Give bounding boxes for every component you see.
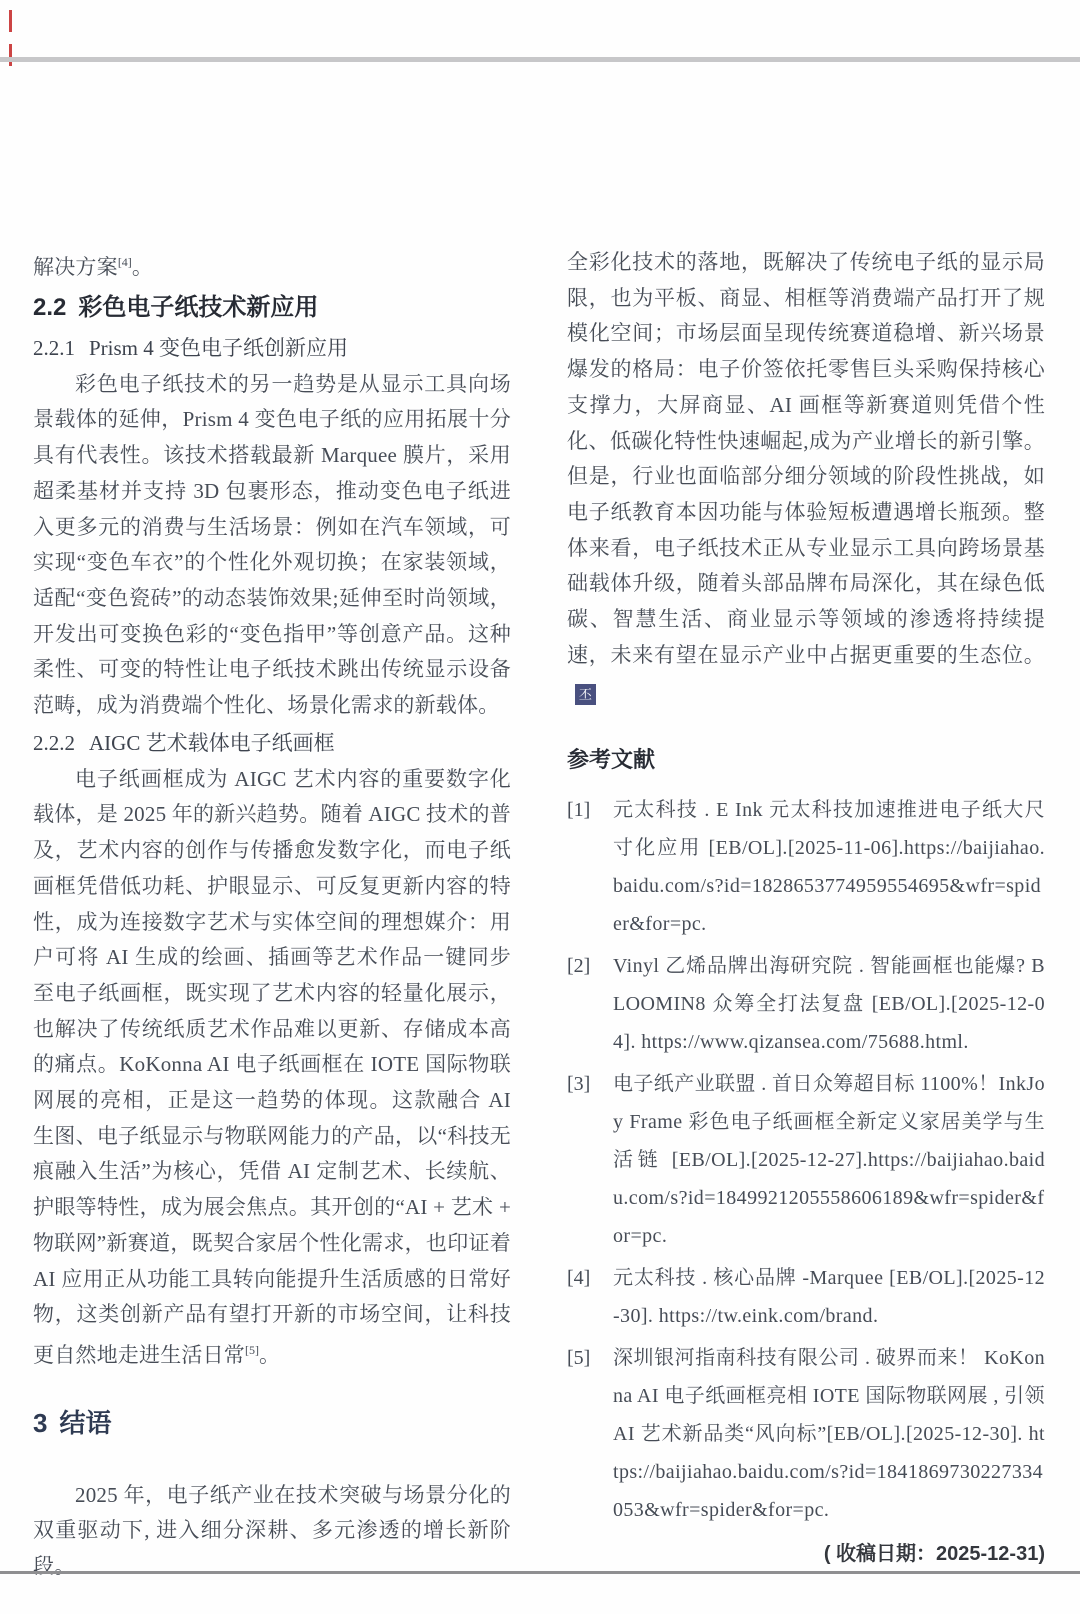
- section-title: AIGC 艺术载体电子纸画框: [89, 731, 335, 755]
- intro-text: 解决方案: [33, 255, 118, 279]
- references-heading: 参考文献: [567, 745, 1045, 775]
- received-date: ( 收稿日期：2025-12-31): [567, 1537, 1045, 1566]
- heading-section-3: 3结语: [33, 1404, 511, 1442]
- paragraph-text: 电子纸画框成为 AIGC 艺术内容的重要数字化载体，是 2025 年的新兴趋势。…: [33, 767, 511, 1367]
- reference-number: [2]: [567, 947, 613, 1061]
- top-rule: [0, 57, 1080, 62]
- reference-item: [3] 电子纸产业联盟 . 首日众筹超目标 1100%！InkJoy Frame…: [567, 1065, 1045, 1255]
- section-title: 结语: [59, 1408, 111, 1438]
- bottom-rule: [0, 1571, 1080, 1574]
- heading-section-2-2-1: 2.2.1Prism 4 变色电子纸创新应用: [33, 330, 511, 366]
- document-page: 解决方案[4]。 2.2彩色电子纸技术新应用 2.2.1Prism 4 变色电子…: [0, 0, 1080, 1614]
- intro-period: 。: [132, 255, 153, 279]
- paragraph-intro-end: 解决方案[4]。: [33, 245, 511, 286]
- paragraph-text: 全彩化技术的落地，既解决了传统电子纸的显示局限，也为平板、商显、相框等消费端产品…: [567, 250, 1045, 667]
- section-number: 2.2: [33, 294, 66, 321]
- reference-text: 电子纸产业联盟 . 首日众筹超目标 1100%！InkJoy Frame 彩色电…: [613, 1065, 1045, 1255]
- paragraph-2-2-1: 彩色电子纸技术的另一趋势是从显示工具向场景载体的延伸，Prism 4 变色电子纸…: [33, 367, 511, 724]
- end-of-article-mark: 丕: [575, 684, 596, 705]
- citation-ref-5: [5]: [245, 1343, 259, 1357]
- reference-text: 深圳银河指南科技有限公司 . 破界而来！ KoKonna AI 电子纸画框亮相 …: [613, 1339, 1045, 1529]
- left-column: 解决方案[4]。 2.2彩色电子纸技术新应用 2.2.1Prism 4 变色电子…: [33, 245, 511, 1585]
- reference-item: [1] 元太科技 . E Ink 元太科技加速推进电子纸大尺寸化应用 [EB/O…: [567, 791, 1045, 943]
- reference-item: [5] 深圳银河指南科技有限公司 . 破界而来！ KoKonna AI 电子纸画…: [567, 1339, 1045, 1529]
- red-edge-mark: [9, 44, 12, 66]
- reference-number: [5]: [567, 1339, 613, 1529]
- red-edge-mark: [9, 10, 12, 32]
- reference-number: [1]: [567, 791, 613, 943]
- reference-number: [4]: [567, 1259, 613, 1335]
- section-number: 2.2.2: [33, 731, 75, 755]
- reference-number: [3]: [567, 1065, 613, 1255]
- section-title: 彩色电子纸技术新应用: [78, 294, 318, 321]
- right-column: 全彩化技术的落地，既解决了传统电子纸的显示局限，也为平板、商显、相框等消费端产品…: [567, 245, 1045, 1566]
- paragraph-conclusion: 2025 年，电子纸产业在技术突破与场景分化的双重驱动下, 进入细分深耕、多元渗…: [33, 1478, 511, 1585]
- paragraph-period: 。: [259, 1343, 280, 1367]
- paragraph-2-2-2: 电子纸画框成为 AIGC 艺术内容的重要数字化载体，是 2025 年的新兴趋势。…: [33, 762, 511, 1374]
- citation-ref-4: [4]: [118, 255, 132, 269]
- heading-section-2-2: 2.2彩色电子纸技术新应用: [33, 289, 511, 327]
- heading-section-2-2-2: 2.2.2AIGC 艺术载体电子纸画框: [33, 725, 511, 761]
- reference-item: [4] 元太科技 . 核心品牌 -Marquee [EB/OL].[2025-1…: [567, 1259, 1045, 1335]
- paragraph-continuation: 全彩化技术的落地，既解决了传统电子纸的显示局限，也为平板、商显、相框等消费端产品…: [567, 245, 1045, 709]
- section-title: Prism 4 变色电子纸创新应用: [89, 336, 348, 360]
- section-number: 2.2.1: [33, 336, 75, 360]
- reference-text: Vinyl 乙烯品牌出海研究院 . 智能画框也能爆? BLOOMIN8 众筹全打…: [613, 947, 1045, 1061]
- reference-item: [2] Vinyl 乙烯品牌出海研究院 . 智能画框也能爆? BLOOMIN8 …: [567, 947, 1045, 1061]
- section-number: 3: [33, 1408, 47, 1438]
- reference-text: 元太科技 . 核心品牌 -Marquee [EB/OL].[2025-12-30…: [613, 1259, 1045, 1335]
- reference-text: 元太科技 . E Ink 元太科技加速推进电子纸大尺寸化应用 [EB/OL].[…: [613, 791, 1045, 943]
